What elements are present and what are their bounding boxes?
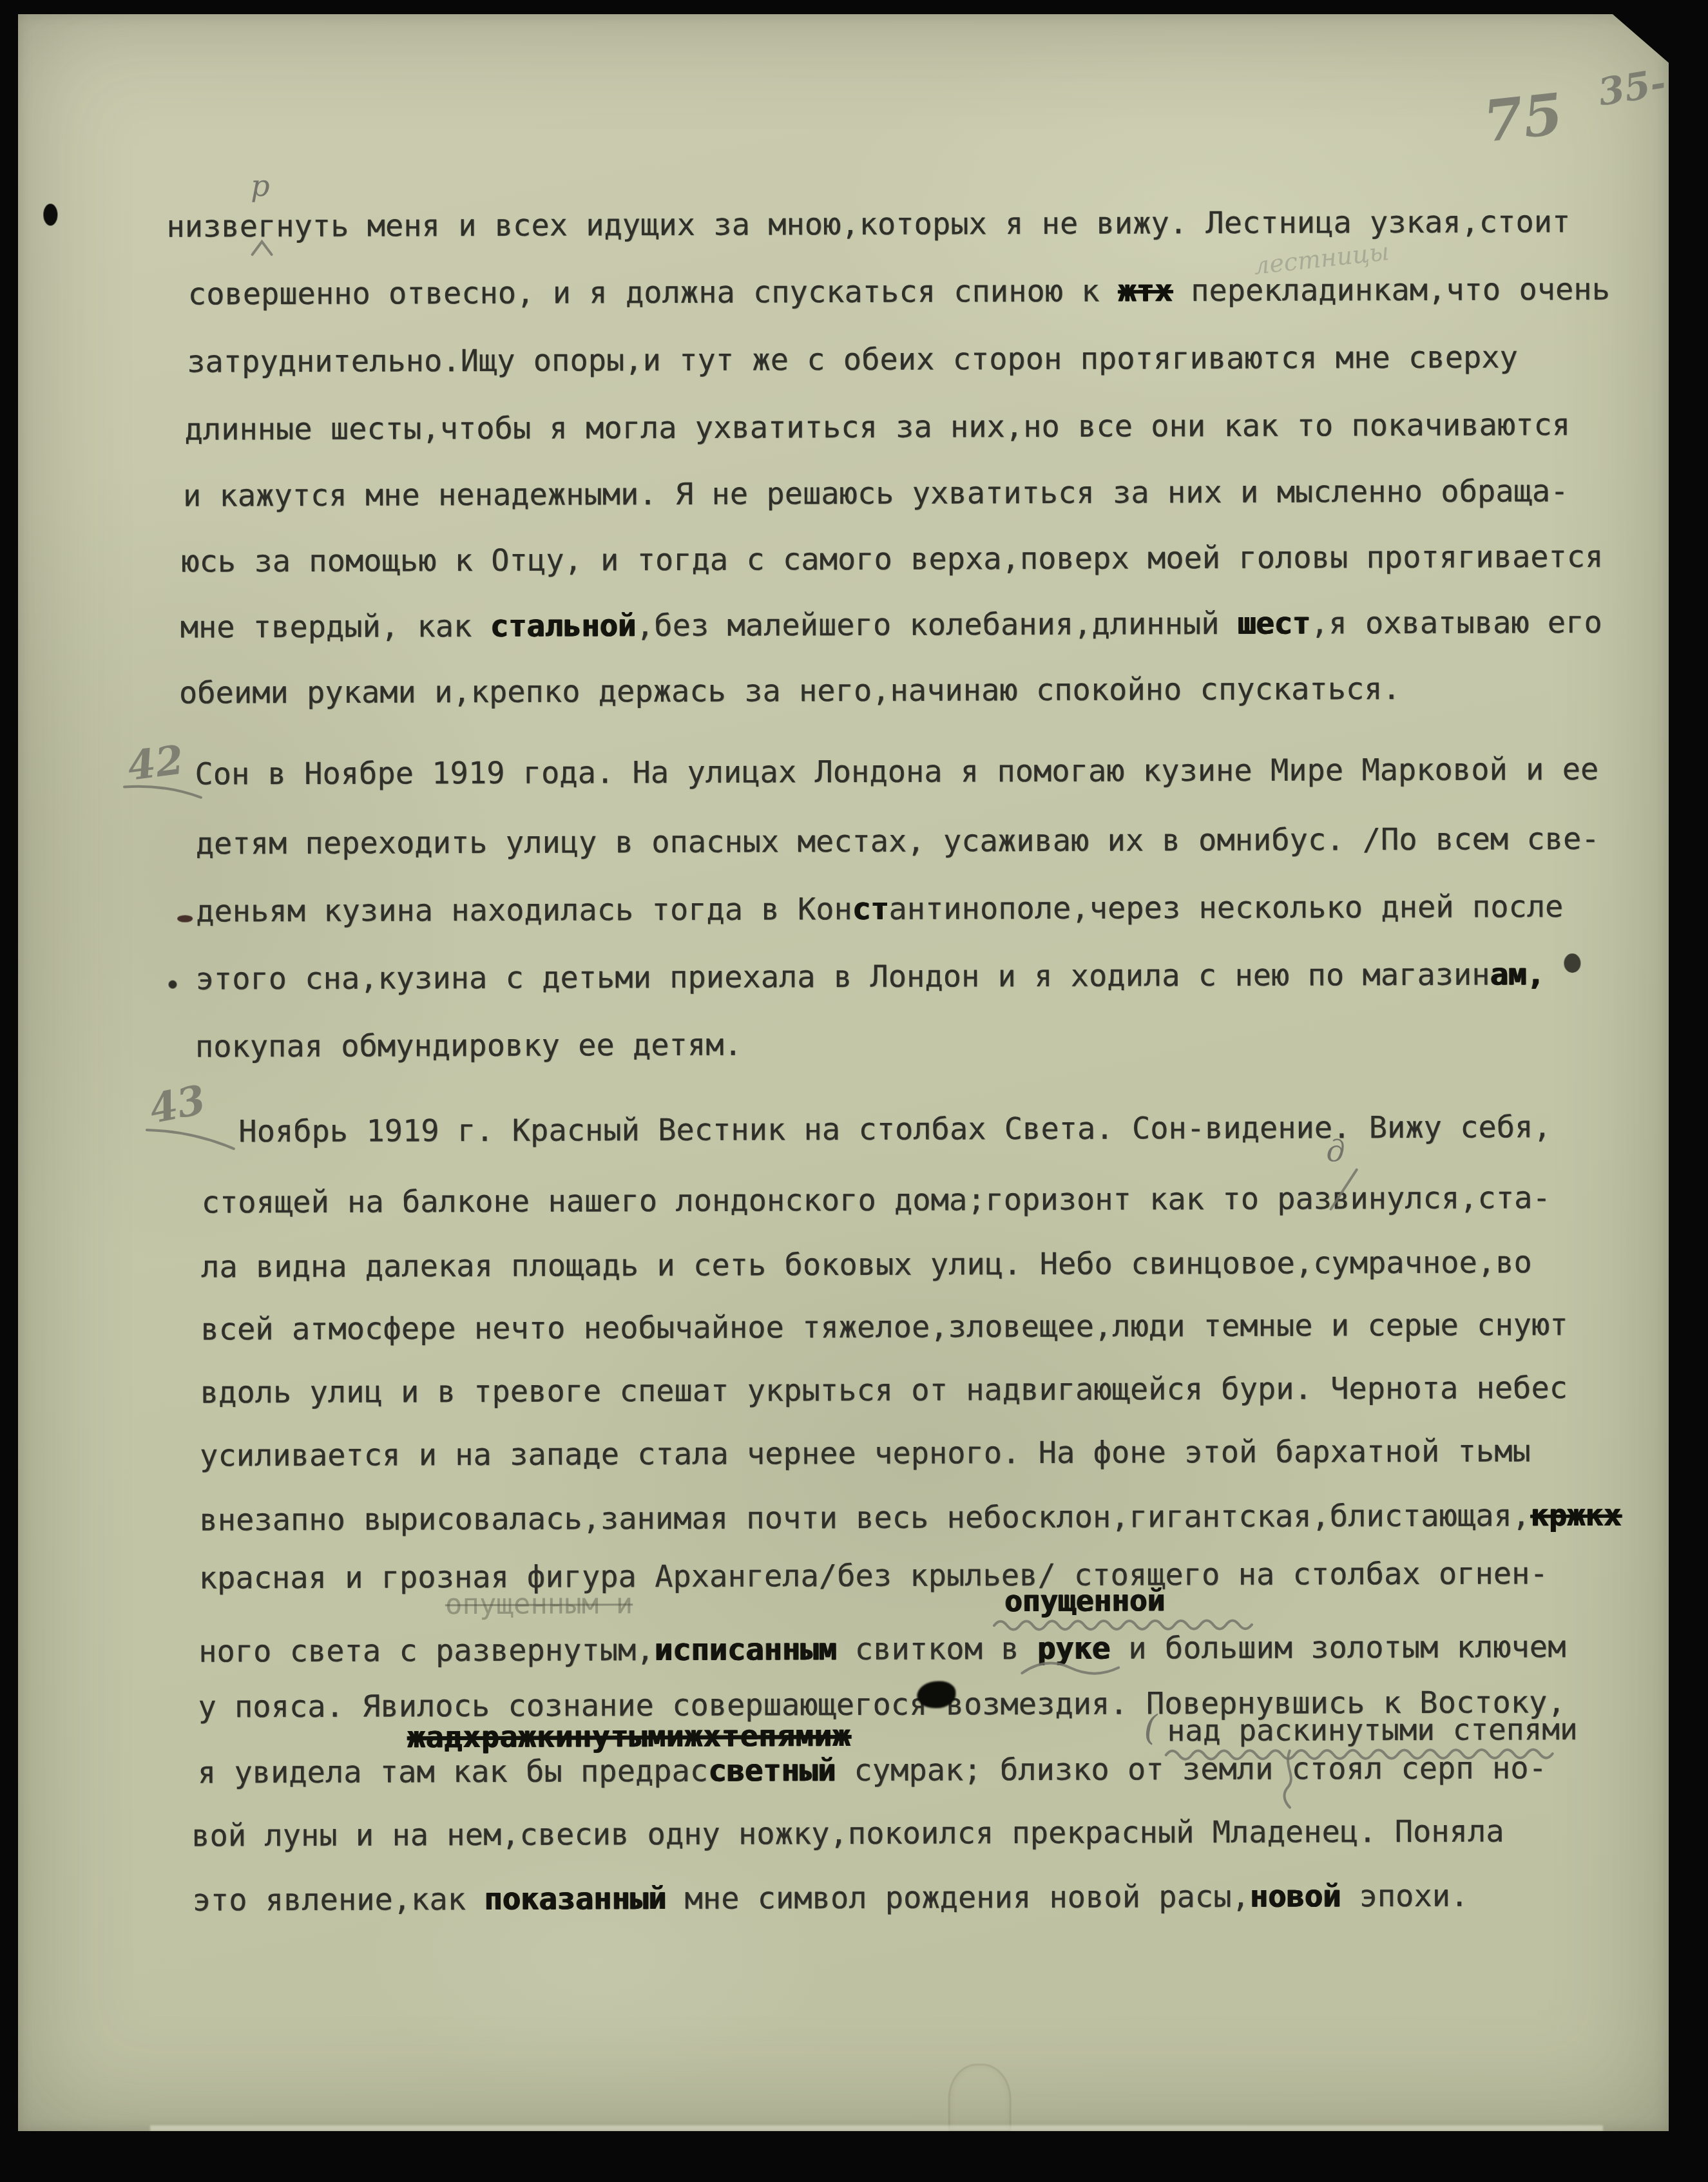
text-segment: детям переходить улицу в опасных местах,… xyxy=(196,821,1600,862)
struckout-word: жтх xyxy=(1118,273,1173,309)
overtyped-word: шест xyxy=(1238,606,1310,641)
text-segment: это явление,как xyxy=(192,1882,484,1919)
typed-line: Ноябрь 1919 г. Красный Вестник на столба… xyxy=(238,1110,1551,1149)
typed-line: обеими руками и,крепко держась за него,н… xyxy=(179,672,1401,711)
embossed-stamp xyxy=(948,2063,1011,2132)
typed-line: всей атмосфере нечто необычайное тяжелое… xyxy=(200,1308,1568,1347)
text-segment: обеими руками и,крепко держась за него,н… xyxy=(179,671,1401,711)
pencil-wave-under-insertion xyxy=(1166,1747,1533,1764)
text-segment: деньям кузина находилась тогда в Кон xyxy=(196,892,852,930)
text-segment: низвегнуть меня и всех идущих за мною,ко… xyxy=(166,204,1570,245)
typed-line: затруднительно.Ищу опоры,и тут же с обеи… xyxy=(187,340,1518,379)
text-segment: юсь за помощью к Отцу, и тогда с самого … xyxy=(181,539,1603,580)
typed-line: ла видна далекая площадь и сеть боковых … xyxy=(201,1245,1532,1285)
text-segment: всей атмосфере нечто необычайное тяжелое… xyxy=(200,1307,1568,1347)
text-segment: ного света с развернутым, xyxy=(198,1632,655,1669)
typed-line: покупая обмундировку ее детям. xyxy=(195,1028,742,1065)
overtyped-word: опущенной xyxy=(1004,1583,1165,1618)
pencil-insertion-loop xyxy=(1281,1751,1300,1810)
interline-insertion: над раскинутыми степями xyxy=(1167,1712,1577,1748)
pencil-wave-under-correction xyxy=(994,1618,1252,1634)
overtyped-word: показанный xyxy=(484,1881,666,1917)
typed-line: внезапно вырисовалась,занимая почти весь… xyxy=(199,1498,1621,1538)
ink-smudge xyxy=(1564,953,1580,973)
text-segment: усиливается и на западе стала чернее чер… xyxy=(200,1433,1531,1473)
text-segment: антинополе,через несколько дней после xyxy=(888,889,1563,927)
ink-blot xyxy=(917,1681,955,1708)
corner-page-number: 75 xyxy=(1481,80,1566,155)
typed-line: деньям кузина находилась тогда в Констан… xyxy=(196,890,1563,929)
text-segment: перекладинкам,что очень xyxy=(1173,272,1610,309)
text-segment: эпохи. xyxy=(1341,1879,1468,1915)
overtyped-word: ст xyxy=(852,892,889,927)
text-segment: покупая обмундировку ее детям. xyxy=(195,1028,742,1065)
overtyped-word: руке xyxy=(1037,1631,1110,1667)
margin-number-43: 43 xyxy=(146,1076,209,1133)
overtyped-word: светный xyxy=(708,1753,836,1789)
text-segment: вдоль улиц и в тревоге спешат укрыться о… xyxy=(200,1370,1568,1410)
typed-line: совершенно отвесно, и я должна спускатьс… xyxy=(188,273,1610,312)
text-segment: Сон в Ноябре 1919 года. На улицах Лондон… xyxy=(195,752,1598,792)
text-segment: затруднительно.Ищу опоры,и тут же с обеи… xyxy=(187,340,1518,379)
interline-correction: опущенной xyxy=(1004,1584,1165,1618)
inserted-letter-r: р xyxy=(251,168,270,203)
typed-line: усиливается и на западе стала чернее чер… xyxy=(200,1434,1531,1473)
text-segment: ,без малейшего колебания,длинный xyxy=(636,606,1238,644)
insertion-caret xyxy=(252,240,271,257)
overtyped-word: исписанным xyxy=(654,1632,836,1668)
struckout-word: кржкх xyxy=(1530,1498,1622,1533)
text-segment: внезапно вырисовалась,занимая почти весь… xyxy=(199,1498,1530,1538)
text-segment: ла видна далекая площадь и сеть боковых … xyxy=(201,1245,1532,1285)
overtyped-word: стальной xyxy=(490,608,637,644)
typescript-sheet: 75 35- 42 43 низвегнуть меня и всех идущ… xyxy=(14,12,1672,2134)
text-segment: свитком в xyxy=(836,1631,1037,1667)
ink-speck xyxy=(43,204,57,225)
typed-line: мне твердый, как стальной,без малейшего … xyxy=(180,606,1602,646)
interline-erased-words: опущенным и xyxy=(445,1588,633,1622)
overtyped-word: новой xyxy=(1250,1879,1341,1914)
typed-line: красная и грозная фигура Архангела/без к… xyxy=(199,1556,1548,1596)
text-segment: мне твердый, как xyxy=(180,609,490,646)
typed-line: юсь за помощью к Отцу, и тогда с самого … xyxy=(181,540,1603,580)
text-segment: и кажутся мне ненадежными. Я не решаюсь … xyxy=(183,474,1569,514)
typed-line: длинные шесты,чтобы я могла ухватиться з… xyxy=(184,408,1570,448)
text-segment: ,я охватываю его xyxy=(1310,605,1602,642)
document-page: 75 35- 42 43 низвегнуть меня и всех идущ… xyxy=(18,14,1669,2131)
typed-line: ного света с развернутым,исписанным свит… xyxy=(198,1630,1566,1669)
text-segment: мне символ рождения новой расы, xyxy=(666,1879,1250,1917)
corner-archive-number: 35- xyxy=(1595,61,1669,115)
text-segment: красная и грозная фигура Архангела/без к… xyxy=(199,1556,1548,1596)
text-segment: Ноябрь 1919 г. Красный Вестник на столба… xyxy=(238,1109,1551,1149)
text-segment: вой луны и на нем,свесив одну ножку,поко… xyxy=(191,1814,1504,1853)
paper-speck xyxy=(177,915,193,923)
paper-speck xyxy=(168,981,177,989)
text-segment: совершенно отвесно, и я должна спускатьс… xyxy=(188,274,1118,312)
text-segment: этого сна,кузина с детьми приехала в Лон… xyxy=(195,957,1490,997)
typed-line: этого сна,кузина с детьми приехала в Лон… xyxy=(195,957,1544,997)
erased-word: опущенным и xyxy=(445,1587,633,1621)
text-segment: над раскинутыми степями xyxy=(1167,1712,1577,1748)
pencil-underline-43 xyxy=(146,1124,235,1154)
typed-line: и кажутся мне ненадежными. Я не решаюсь … xyxy=(183,474,1569,514)
typed-line: это явление,как показанный мне символ ро… xyxy=(192,1879,1468,1919)
pencil-curl-under-word xyxy=(1022,1663,1118,1679)
typed-line: низвегнуть меня и всех идущих за мною,ко… xyxy=(166,205,1570,245)
scanned-document-background: { "colors":{ "background":"#070707", "pa… xyxy=(0,0,1708,2182)
interline-struckout-words: жадхражкинутымижхтепямиж xyxy=(407,1719,851,1754)
inserted-letter-d: д xyxy=(1326,1133,1345,1168)
typed-line: вой луны и на нем,свесив одну ножку,поко… xyxy=(191,1814,1504,1853)
overtyped-word: ам, xyxy=(1490,957,1544,992)
pencil-paren: ( xyxy=(1144,1707,1157,1748)
text-segment: и большим золотым ключем xyxy=(1110,1629,1566,1666)
typed-line: детям переходить улицу в опасных местах,… xyxy=(196,822,1600,862)
text-segment: я увидела там как бы предрас xyxy=(198,1754,708,1791)
typed-line: Сон в Ноябре 1919 года. На улицах Лондон… xyxy=(195,752,1598,792)
struckout-word: жадхражкинутымижхтепямиж xyxy=(407,1718,851,1754)
typed-line: вдоль улиц и в тревоге спешат укрыться о… xyxy=(200,1371,1568,1410)
text-segment: длинные шесты,чтобы я могла ухватиться з… xyxy=(184,407,1570,448)
